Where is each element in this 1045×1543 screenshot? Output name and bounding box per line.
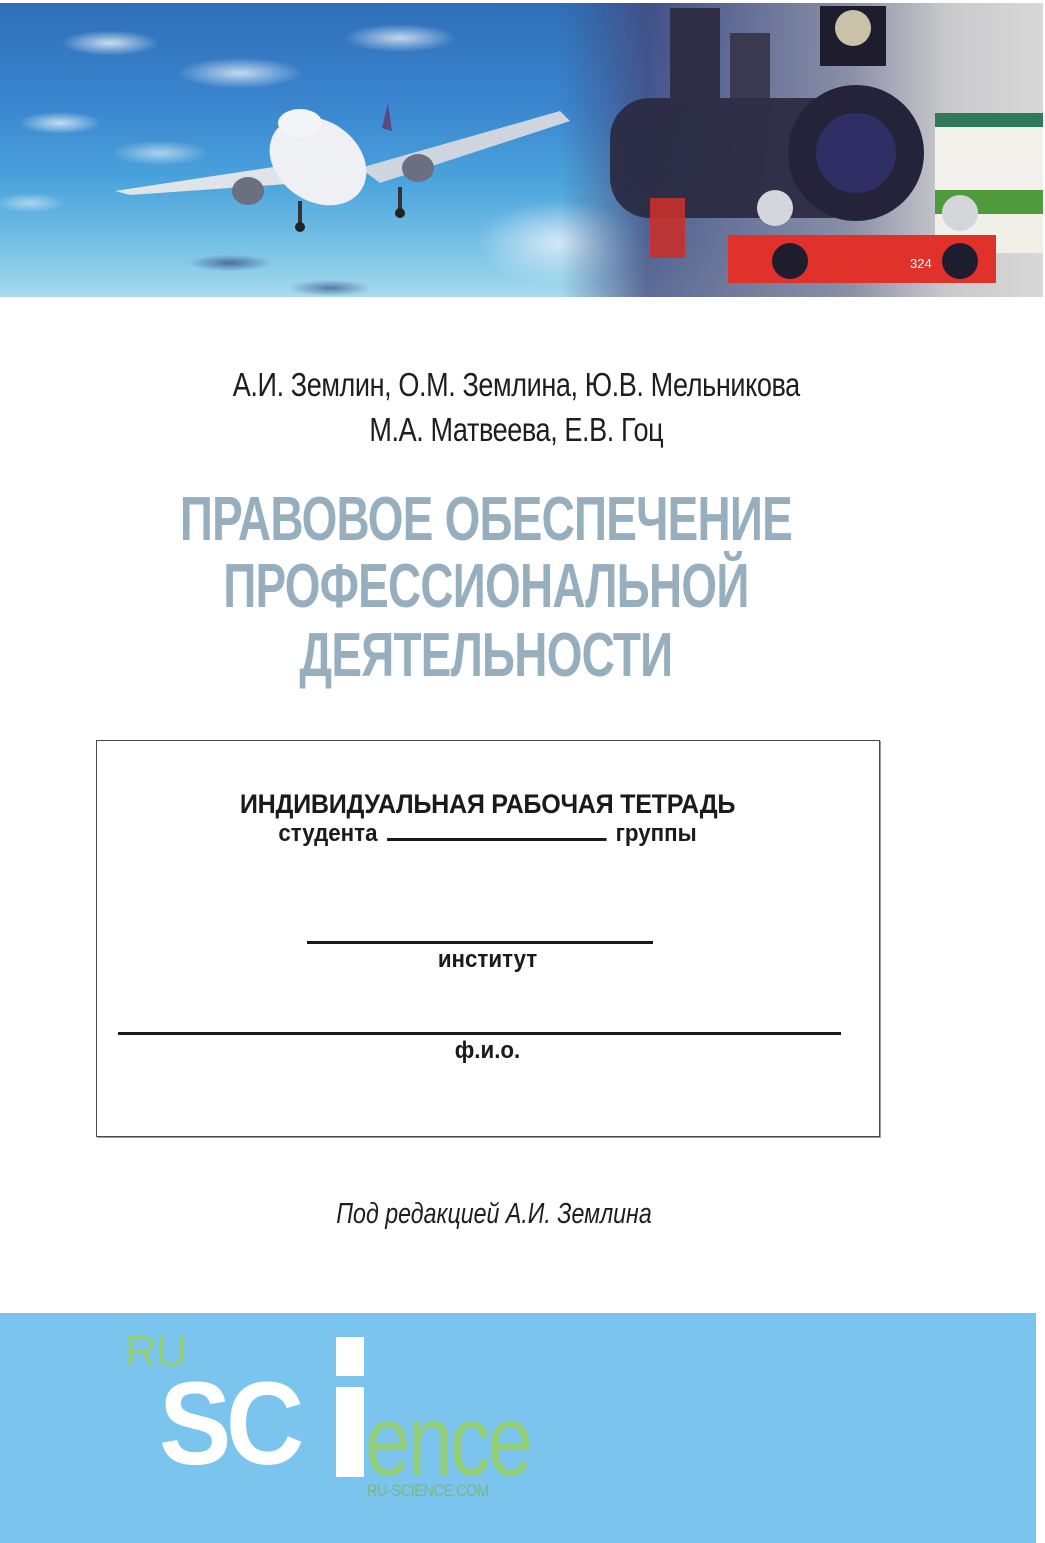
authors-line-1: А.И. Землин, О.М. Землина, Ю.В. Мельнико…	[88, 361, 945, 409]
book-title-line-3: ДЕЯТЕЛЬНОСТИ	[125, 622, 847, 690]
book-title-line-1: ПРАВОВОЕ ОБЕСПЕЧЕНИЕ	[125, 486, 847, 554]
logo-sc-text: SC	[159, 1369, 299, 1479]
fio-label: ф.и.о.	[124, 1037, 851, 1065]
authors-line-2: М.А. Матвеева, Е.В. Гоц	[88, 406, 945, 454]
fio-field[interactable]	[118, 1032, 841, 1035]
logo-i-dot	[336, 1337, 364, 1376]
workbook-heading: ИНДИВИДУАЛЬНАЯ РАБОЧАЯ ТЕТРАДЬ	[124, 789, 851, 819]
svg-text:324: 324	[910, 256, 932, 271]
publisher-band: RU SC ence RU-SCIENCE.COM	[0, 1313, 1036, 1543]
editor-credit: Под редакцией А.И. Землина	[99, 1196, 889, 1232]
student-label: студента	[278, 820, 377, 847]
ru-science-logo: RU SC ence RU-SCIENCE.COM	[0, 1313, 1036, 1543]
cover-banner-image: 324	[0, 3, 1043, 297]
institute-label: институт	[124, 946, 851, 974]
institute-field[interactable]	[307, 941, 653, 944]
workbook-form-box: ИНДИВИДУАЛЬНАЯ РАБОЧАЯ ТЕТРАДЬ студентаг…	[96, 740, 880, 1137]
logo-i-stem	[336, 1387, 364, 1477]
logo-ence-text: ence	[365, 1396, 530, 1486]
airplane-and-locomotive-illustration: 324	[0, 3, 1043, 297]
group-label: группы	[616, 820, 697, 847]
locomotive-icon: 324	[610, 6, 996, 283]
book-title-line-2: ПРОФЕССИОНАЛЬНОЙ	[125, 553, 847, 621]
logo-url-text: RU-SCIENCE.COM	[367, 1481, 489, 1501]
airplane-icon	[115, 98, 570, 232]
student-group-row: студентагруппы	[124, 819, 851, 849]
group-field[interactable]	[387, 838, 606, 841]
